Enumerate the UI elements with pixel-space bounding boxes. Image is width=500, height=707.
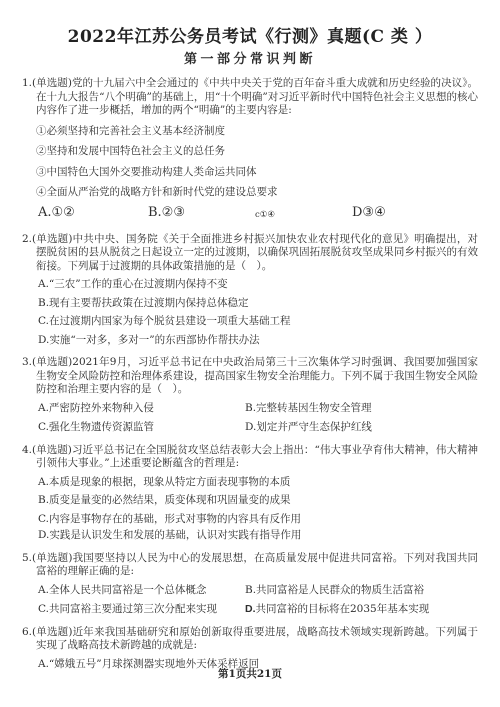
question-1-stem: 1.(单选题)党的十九届六中全会通过的《中共中央关于党的百年奋斗重大成就和历史经…	[22, 77, 478, 118]
question-5-option-c: C.共同富裕主要通过第三次分配来实现	[38, 603, 245, 617]
question-3-option-b: B.完整转基因生物安全管理	[245, 402, 478, 416]
question-5: 5.(单选题)我国要坚持以人民为中心的发展思想，在高质量发展中促进共同富裕。下列…	[22, 552, 478, 617]
question-4-option-c: C.内容是事物存在的基础，形式对事物的内容具有反作用	[38, 513, 478, 527]
exam-document-page: 2022年江苏公务员考试《行测》真题(C 类 ） 第一部分常识判断 1.(单选题…	[0, 0, 500, 707]
question-6-stem: 6.(单选题)近年来我国基础研究和原始创新取得重要进展，战略高技术领域实现新跨越…	[22, 626, 478, 653]
question-6-type: (单选题)	[32, 626, 72, 638]
question-3-option-d: D.划定并严守生态保护红线	[245, 421, 478, 435]
question-6-text: 近年来我国基础研究和原始创新取得重要进展，战略高技术领域实现新跨越。下列属于实现…	[36, 626, 478, 652]
question-3: 3.(单选题)2021年9月，习近平总书记在中央政治局第三十三次集体学习时强调、…	[22, 356, 478, 435]
question-4-number: 4.	[22, 444, 32, 456]
question-1-type: (单选题)	[32, 77, 72, 89]
question-1-item-4: ④全面从严治党的战略方针和新时代党的建设总要求	[36, 186, 478, 200]
question-1-choice-c: c①④	[255, 210, 275, 220]
question-2-text: 中共中央、国务院《关于全面推进乡村振兴加快农业农村现代化的意见》明确提出，对摆脱…	[36, 233, 478, 272]
question-1-item-1: ①必须坚持和完善社会主义基本经济制度	[36, 125, 478, 139]
question-4: 4.(单选题)习近平总书记在全国脱贫攻坚总结表彰大会上指出：“伟大事业孕育伟大精…	[22, 444, 478, 543]
question-3-number: 3.	[22, 356, 32, 368]
question-5-stem: 5.(单选题)我国要坚持以人民为中心的发展思想，在高质量发展中促进共同富裕。下列…	[22, 552, 478, 579]
question-5-number: 5.	[22, 552, 32, 564]
question-4-option-d: D.实践是认识发生和发展的基础，认识对实践有指导作用	[38, 529, 478, 543]
question-1-choice-d: D③④	[352, 205, 386, 220]
question-2-option-a: A.“三农”工作的重心在过渡期内保持不变	[38, 278, 478, 292]
section-heading: 第一部分常识判断	[22, 51, 478, 69]
question-1-item-2: ②坚持和发展中国特色社会主义的总任务	[36, 145, 478, 159]
question-3-option-c: C.强化生物遗传资源监管	[38, 421, 245, 435]
question-5-type: (单选题)	[32, 552, 72, 564]
question-1-item-3: ③中国特色大国外交要推动构建人类命运共同体	[36, 166, 478, 180]
question-3-options-row-1: A.严密防控外来物种入侵 B.完整转基因生物安全管理	[38, 402, 478, 416]
page-title: 2022年江苏公务员考试《行测》真题(C 类 ）	[22, 26, 478, 48]
question-2-option-b: B.现有主要帮扶政策在过渡期内保持总体稳定	[38, 297, 478, 311]
question-1-answer-row: A.①② B.②③ c①④ D③④	[22, 205, 478, 222]
question-2-stem: 2.(单选题)中共中央、国务院《关于全面推进乡村振兴加快农业农村现代化的意见》明…	[22, 233, 478, 274]
page-number: 第1页共21页	[0, 666, 500, 681]
question-1-choice-a: A.①②	[38, 205, 75, 220]
page-content: 2022年江苏公务员考试《行测》真题(C 类 ） 第一部分常识判断 1.(单选题…	[0, 0, 500, 671]
question-4-stem: 4.(单选题)习近平总书记在全国脱贫攻坚总结表彰大会上指出：“伟大事业孕育伟大精…	[22, 444, 478, 471]
question-4-option-b: B.质变是量变的必然结果，质变体现和巩固量变的成果	[38, 494, 478, 508]
question-5-option-d-label: D.	[245, 603, 256, 615]
question-3-type: (单选题)	[32, 356, 72, 368]
question-2-type: (单选题)	[32, 233, 72, 245]
question-3-options-row-2: C.强化生物遗传资源监管 D.划定并严守生态保护红线	[38, 421, 478, 435]
question-5-options-row-1: A.全体人民共同富裕是一个总体概念 B.共同富裕是人民群众的物质生活富裕	[38, 584, 478, 598]
question-5-options-row-2: C.共同富裕主要通过第三次分配来实现 D.共同富裕的目标将在2035年基本实现	[38, 603, 478, 617]
question-6-number: 6.	[22, 626, 32, 638]
question-1-choice-b: B.②③	[148, 205, 185, 220]
question-4-text: 习近平总书记在全国脱贫攻坚总结表彰大会上指出：“伟大事业孕育伟大精神，伟大精神引…	[36, 444, 478, 470]
question-5-text: 我国要坚持以人民为中心的发展思想，在高质量发展中促进共同富裕。下列对我国共同富裕…	[36, 552, 478, 578]
question-1: 1.(单选题)党的十九届六中全会通过的《中共中央关于党的百年奋斗重大成就和历史经…	[22, 77, 478, 222]
question-2: 2.(单选题)中共中央、国务院《关于全面推进乡村振兴加快农业农村现代化的意见》明…	[22, 233, 478, 348]
question-2-option-c: C.在过渡期内国家为每个脱贫县建设一项重大基础工程	[38, 315, 478, 329]
question-4-type: (单选题)	[32, 444, 72, 456]
question-5-option-d: D.共同富裕的目标将在2035年基本实现	[245, 603, 478, 617]
question-1-text: 党的十九届六中全会通过的《中共中央关于党的百年奋斗重大成就和历史经验的决议》。在…	[36, 77, 478, 116]
question-3-stem: 3.(单选题)2021年9月，习近平总书记在中央政治局第三十三次集体学习时强调、…	[22, 356, 478, 397]
question-5-option-d-text: 共同富裕的目标将在2035年基本实现	[256, 603, 430, 615]
question-3-option-a: A.严密防控外来物种入侵	[38, 402, 245, 416]
question-3-text: 2021年9月，习近平总书记在中央政治局第三十三次集体学习时强调、我国要加强国家…	[36, 356, 478, 395]
question-2-number: 2.	[22, 233, 32, 245]
question-5-option-b: B.共同富裕是人民群众的物质生活富裕	[245, 584, 478, 598]
question-5-option-a: A.全体人民共同富裕是一个总体概念	[38, 584, 245, 598]
question-2-option-d: D.实施“一对多，多对一”的东西部协作帮扶办法	[38, 334, 478, 348]
question-1-number: 1.	[22, 77, 32, 89]
question-6: 6.(单选题)近年来我国基础研究和原始创新取得重要进展，战略高技术领域实现新跨越…	[22, 626, 478, 672]
question-4-option-a: A.本质是现象的根据，现象从特定方面表现事物的本质	[38, 476, 478, 490]
